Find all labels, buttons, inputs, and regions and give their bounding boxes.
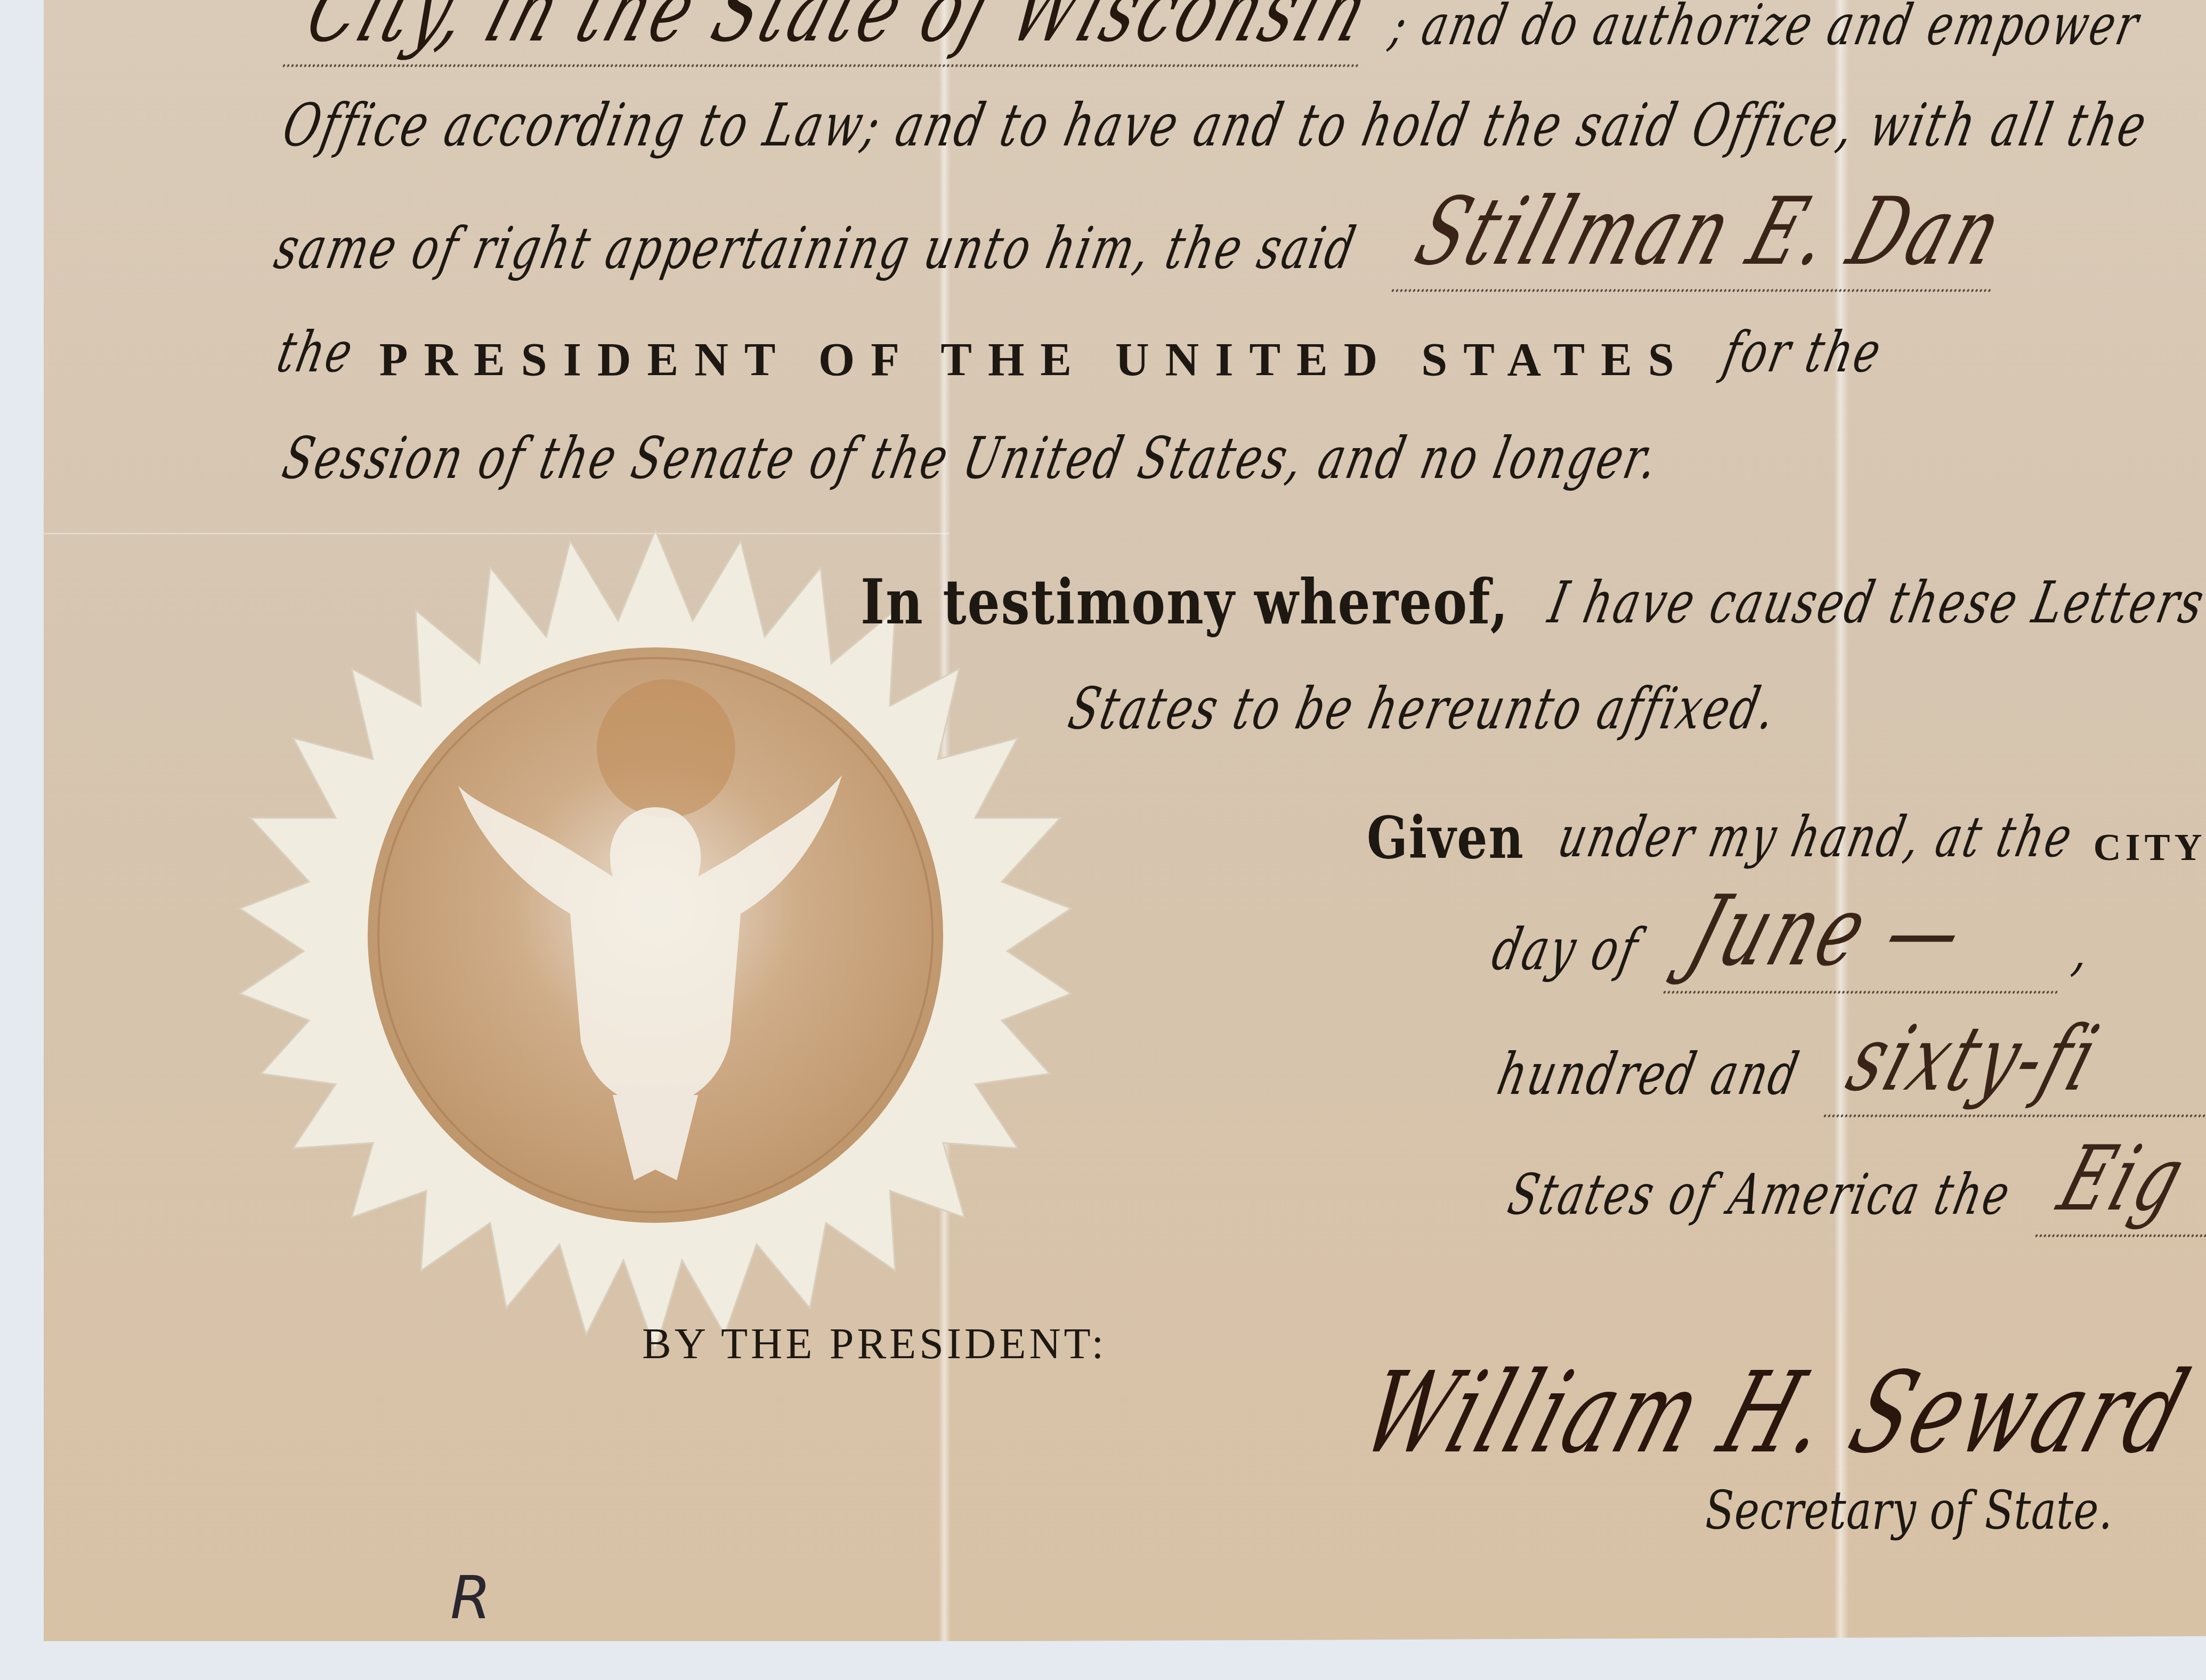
line-3: same of right appertaining unto him, the…	[269, 210, 1991, 292]
line-5: Session of the Senate of the United Stat…	[277, 425, 1666, 492]
line-2: Office according to Law; and to have and…	[277, 92, 2154, 160]
testimony-line-2: States to be hereunto affixed.	[1063, 675, 1783, 742]
given-line: Given under my hand, at the CITY	[1367, 815, 2206, 872]
line-4-caps: PRESIDENT OF THE UNITED STATES	[379, 334, 1690, 386]
given-text: under my hand, at the	[1553, 806, 2079, 871]
filled-year: sixty-fi	[1823, 1008, 2206, 1117]
line-4-lead: the	[272, 321, 360, 386]
testimony-lead: In testimony whereof,	[861, 566, 1509, 638]
given-lead: Given	[1367, 804, 1524, 872]
testimony-text: I have caused these Letters to be	[1543, 569, 2206, 636]
independence-line: States of America the Eig	[1503, 1159, 2206, 1237]
secretary-of-state-title: Secretary of State.	[1705, 1480, 2112, 1541]
line-4: the PRESIDENT OF THE UNITED STATES for t…	[272, 333, 1874, 387]
line-3-printed: same of right appertaining unto him, the…	[269, 215, 1362, 282]
line-1: City, in the State of Wisconsin ; and do…	[282, 0, 2132, 67]
pencil-mark: R	[450, 1564, 491, 1632]
day-label: day of	[1487, 916, 1645, 983]
filled-appointee-name: Stillman E. Dan	[1391, 178, 2028, 292]
day-line: day of June — ,	[1487, 908, 2084, 994]
by-the-president-label: BY THE PRESIDENT:	[642, 1319, 1107, 1369]
filled-month: June —	[1663, 874, 2096, 994]
seward-signature: William H. Seward	[1348, 1348, 2204, 1478]
line-4-trail: for the	[1718, 321, 1888, 386]
year-label: hundred and	[1492, 1041, 1806, 1108]
given-city: CITY	[2093, 826, 2206, 869]
independence-label: States of America the	[1503, 1163, 2017, 1228]
line-1-printed: ; and do authorize and empower	[1385, 0, 2146, 58]
year-line: hundred and sixty-fi	[1492, 1039, 2206, 1117]
filled-location: City, in the State of Wisconsin	[282, 0, 1394, 67]
testimony-line: In testimony whereof, I have caused thes…	[861, 578, 2206, 638]
